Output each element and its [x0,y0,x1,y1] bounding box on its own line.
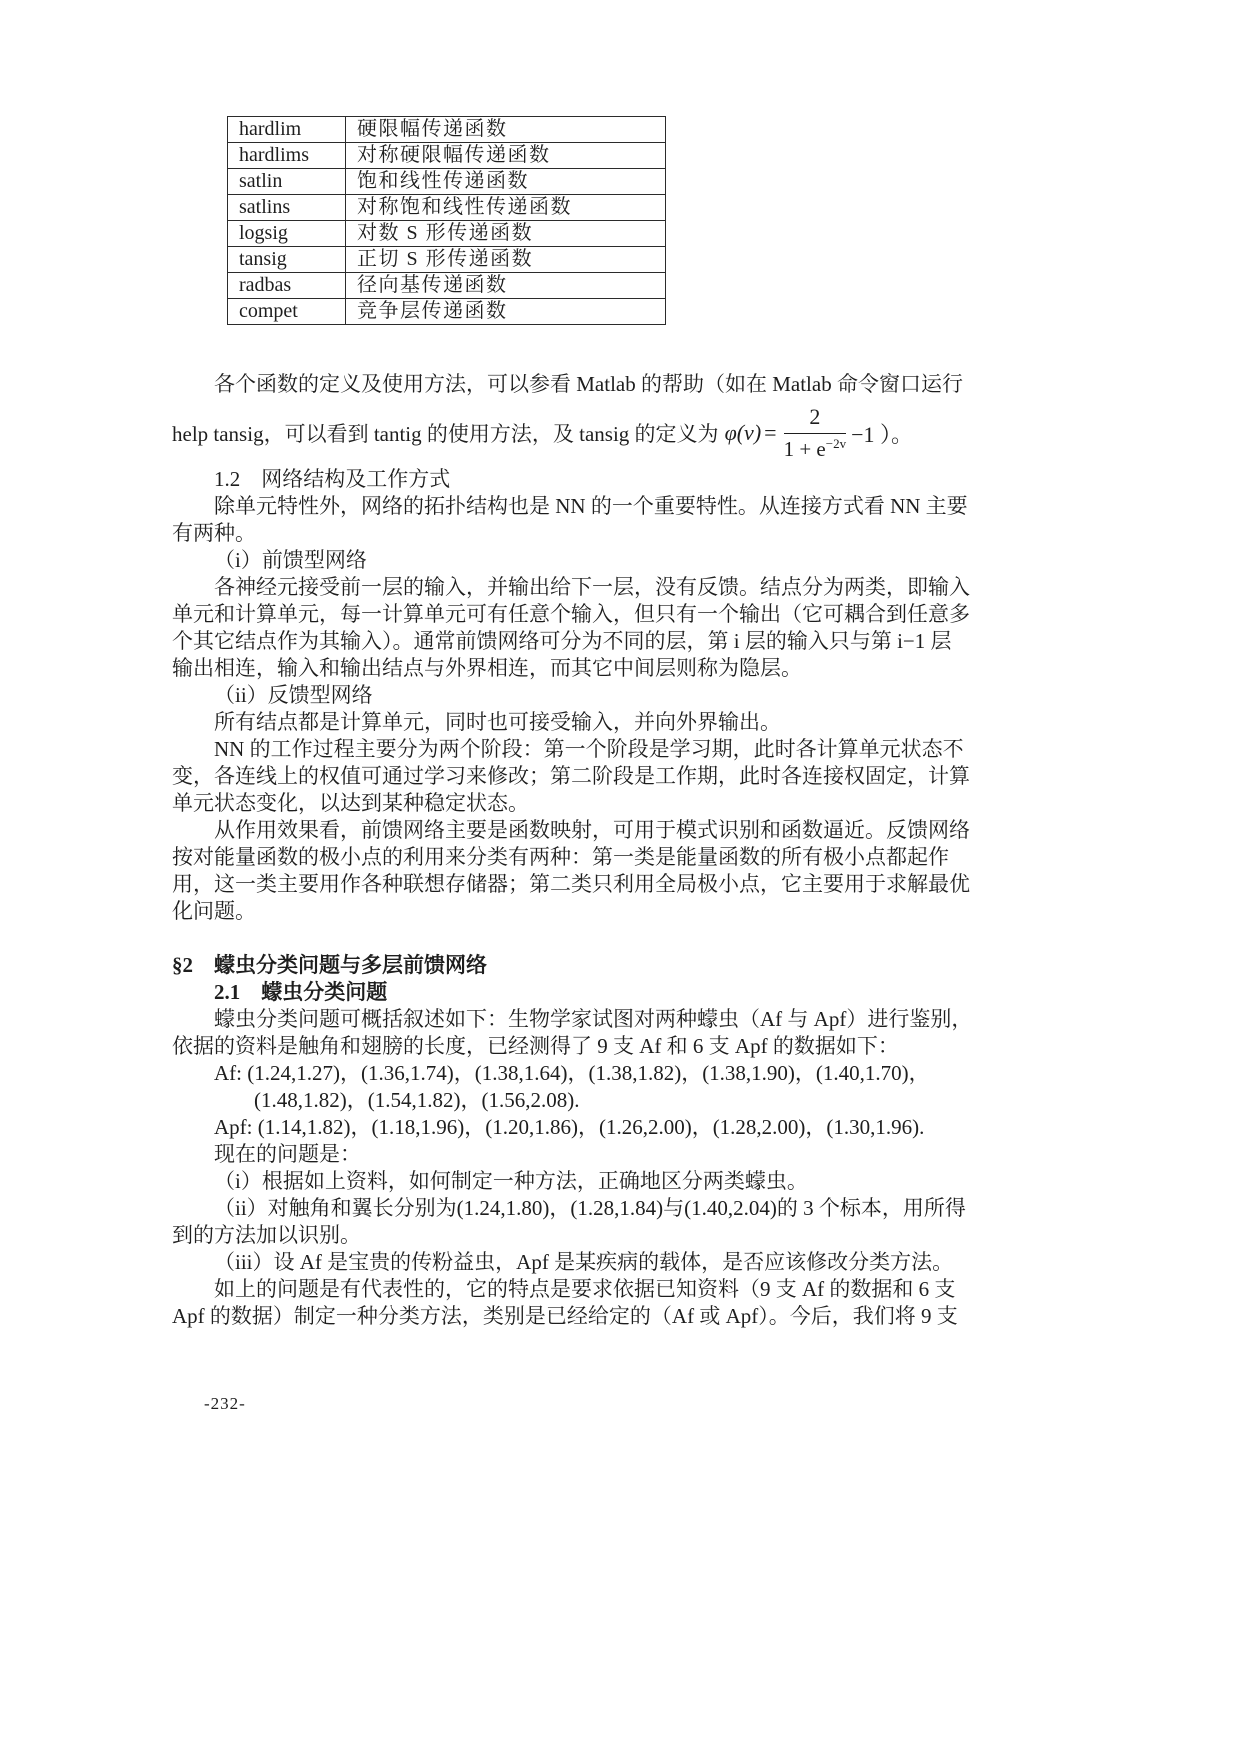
text-line: 有两种。 [172,520,1072,547]
subheading-feedback: （ii）反馈型网络 [172,682,1072,709]
fraction-numerator: 2 [784,404,847,434]
table-row: logsig 对数 S 形传递函数 [228,221,666,247]
table-row: satlins 对称饱和线性传递函数 [228,195,666,221]
page-number: -232- [204,1394,246,1414]
function-desc-cell: 对称饱和线性传递函数 [346,195,666,221]
function-name-cell: tansig [228,247,346,273]
text-line: 变，各连线上的权值可通过学习来修改；第二阶段是工作期，此时各连接权固定，计算 [172,763,1072,790]
formula-lhs: φ(v) [725,420,762,446]
function-name-cell: logsig [228,221,346,247]
section-heading-2: §2 蠓虫分类问题与多层前馈网络 [172,952,1072,979]
text-line: Apf 的数据）制定一种分类方法，类别是已经给定的（Af 或 Apf）。今后，我… [172,1303,1072,1330]
text-line: 如上的问题是有代表性的，它的特点是要求依据已知资料（9 支 Af 的数据和 6 … [172,1276,1072,1303]
text-line: 所有结点都是计算单元，同时也可接受输入，并向外界输出。 [172,709,1072,736]
question-i-line: （i）根据如上资料，如何制定一种方法，正确地区分两类蠓虫。 [172,1168,1072,1195]
question-iii-line: （iii）设 Af 是宝贵的传粉益虫，Apf 是某疾病的载体，是否应该修改分类方… [172,1249,1072,1276]
function-name-cell: radbas [228,273,346,299]
tansig-formula: φ(v) = 2 1 + e−2v −1 ）。 [725,404,913,462]
function-desc-cell: 饱和线性传递函数 [346,169,666,195]
text-line: 个其它结点作为其输入）。通常前馈网络可分为不同的层，第 i 层的输入只与第 i−… [172,628,1072,655]
function-name-cell: satlins [228,195,346,221]
function-name-cell: hardlim [228,117,346,143]
formula-line-prefix: help tansig，可以看到 tantig 的使用方法，及 tansig 的… [172,418,719,448]
table-row: radbas 径向基传递函数 [228,273,666,299]
text-line: 蠓虫分类问题可概括叙述如下：生物学家试图对两种蠓虫（Af 与 Apf）进行鉴别， [172,1006,1072,1033]
section-heading-1-2: 1.2 网络结构及工作方式 [172,466,1072,493]
text-line: 按对能量函数的极小点的利用来分类有两种：第一类是能量函数的所有极小点都起作 [172,844,1072,871]
function-desc-cell: 对数 S 形传递函数 [346,221,666,247]
table-row: tansig 正切 S 形传递函数 [228,247,666,273]
af-data-line: Af: (1.24,1.27)，(1.36,1.74)，(1.38,1.64)，… [172,1060,1072,1087]
text-line: 到的方法加以识别。 [172,1222,1072,1249]
table-row: hardlim 硬限幅传递函数 [228,117,666,143]
text-line: 各神经元接受前一层的输入，并输出给下一层，没有反馈。结点分为两类，即输入 [172,574,1072,601]
formula-equals: = [764,420,776,446]
function-desc-cell: 硬限幅传递函数 [346,117,666,143]
document-page: hardlim 硬限幅传递函数 hardlims 对称硬限幅传递函数 satli… [0,0,1241,1755]
text-line: 单元和计算单元，每一计算单元可有任意个输入，但只有一个输出（它可耦合到任意多 [172,601,1072,628]
page-content: hardlim 硬限幅传递函数 hardlims 对称硬限幅传递函数 satli… [172,116,1072,1330]
table-row: hardlims 对称硬限幅传递函数 [228,143,666,169]
transfer-function-table: hardlim 硬限幅传递函数 hardlims 对称硬限幅传递函数 satli… [227,116,666,325]
formula-tail: −1 ）。 [851,418,913,449]
text-line: 从作用效果看，前馈网络主要是函数映射，可用于模式识别和函数逼近。反馈网络 [172,817,1072,844]
function-desc-cell: 对称硬限幅传递函数 [346,143,666,169]
formula-fraction: 2 1 + e−2v [784,404,847,462]
fraction-denominator: 1 + e−2v [784,434,847,462]
apf-data-line: Apf: (1.14,1.82)，(1.18,1.96)，(1.20,1.86)… [172,1114,1072,1141]
text-line: 现在的问题是： [172,1141,1072,1168]
text-line: 除单元特性外，网络的拓扑结构也是 NN 的一个重要特性。从连接方式看 NN 主要 [172,493,1072,520]
text-line: 单元状态变化，以达到某种稳定状态。 [172,790,1072,817]
question-ii-line: （ii）对触角和翼长分别为(1.24,1.80)，(1.28,1.84)与(1.… [172,1195,1072,1222]
function-name-cell: hardlims [228,143,346,169]
text-line: 各个函数的定义及使用方法，可以参看 Matlab 的帮助（如在 Matlab 命… [172,371,1072,398]
table-row: compet 竞争层传递函数 [228,299,666,325]
function-desc-cell: 竞争层传递函数 [346,299,666,325]
text-line: NN 的工作过程主要分为两个阶段：第一个阶段是学习期，此时各计算单元状态不 [172,736,1072,763]
subheading-feedforward: （i）前馈型网络 [172,547,1072,574]
section-heading-2-1: 2.1 蠓虫分类问题 [172,979,1072,1006]
function-desc-cell: 正切 S 形传递函数 [346,247,666,273]
text-line: 输出相连，输入和输出结点与外界相连，而其它中间层则称为隐层。 [172,655,1072,682]
table-row: satlin 饱和线性传递函数 [228,169,666,195]
text-line: 用，这一类主要用作各种联想存储器；第二类只利用全局极小点，它主要用于求解最优 [172,871,1072,898]
function-name-cell: satlin [228,169,346,195]
function-desc-cell: 径向基传递函数 [346,273,666,299]
text-line: 化问题。 [172,898,1072,925]
text-line: 依据的资料是触角和翅膀的长度，已经测得了 9 支 Af 和 6 支 Apf 的数… [172,1033,1072,1060]
function-name-cell: compet [228,299,346,325]
text-line-with-formula: help tansig，可以看到 tantig 的使用方法，及 tansig 的… [172,400,1072,466]
fraction-exponent: −2v [826,436,846,451]
af-data-line: (1.48,1.82)，(1.54,1.82)，(1.56,2.08). [172,1087,1072,1114]
